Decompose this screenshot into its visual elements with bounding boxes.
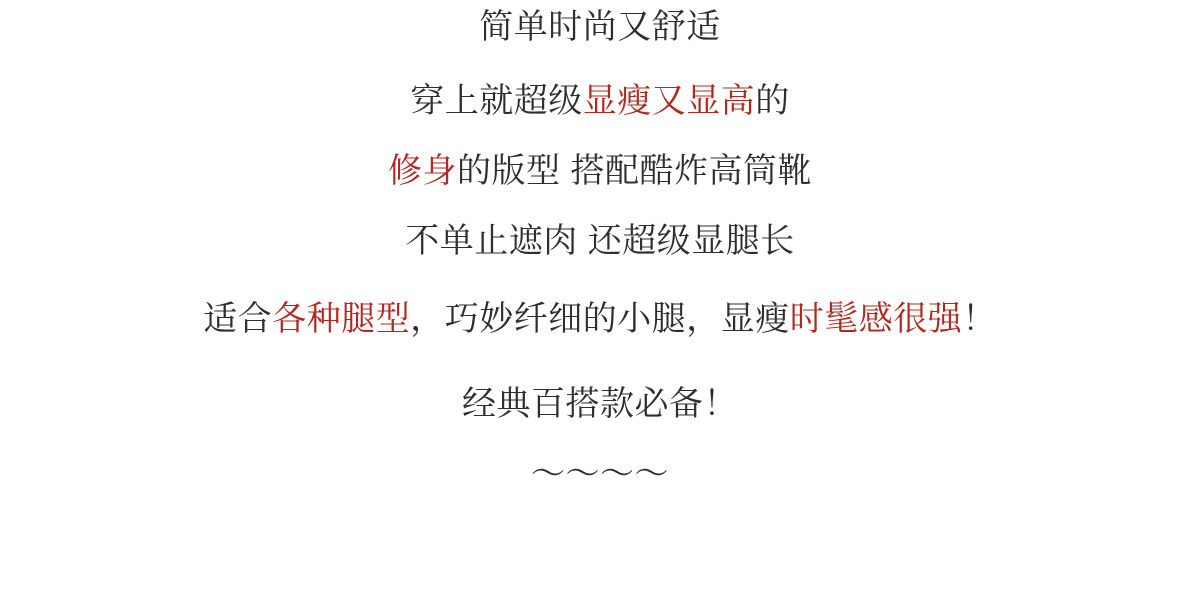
product-description: 简单时尚又舒适穿上就超级显瘦又显高的修身的版型 搭配酷炸高筒靴不单止遮肉 还超级…	[0, 0, 1200, 493]
description-line-6: 经典百搭款必备！	[0, 385, 1200, 423]
plain-text: ！	[962, 300, 997, 338]
plain-text: 的	[755, 82, 790, 120]
highlighted-text: 时髦感很强	[790, 300, 963, 338]
description-line-4: 不单止遮肉 还超级显腿长	[0, 222, 1200, 260]
plain-text: ，巧妙纤细的小腿，显瘦	[410, 300, 790, 338]
plain-text: 简单时尚又舒适	[479, 8, 721, 46]
plain-text: 的版型 搭配酷炸高筒靴	[457, 152, 812, 190]
tilde-divider: ～～～～	[0, 455, 1200, 493]
description-line-2: 穿上就超级显瘦又显高的	[0, 82, 1200, 120]
description-line-5: 适合各种腿型，巧妙纤细的小腿，显瘦时髦感很强！	[0, 300, 1200, 338]
plain-text: ～～～～	[531, 455, 669, 493]
description-line-1: 简单时尚又舒适	[0, 8, 1200, 46]
highlighted-text: 各种腿型	[272, 300, 410, 338]
plain-text: 不单止遮肉 还超级显腿长	[405, 222, 794, 260]
highlighted-text: 显瘦又显高	[583, 82, 756, 120]
plain-text: 经典百搭款必备！	[462, 385, 738, 423]
plain-text: 适合	[203, 300, 272, 338]
highlighted-text: 修身	[388, 152, 457, 190]
description-line-3: 修身的版型 搭配酷炸高筒靴	[0, 152, 1200, 190]
plain-text: 穿上就超级	[410, 82, 583, 120]
